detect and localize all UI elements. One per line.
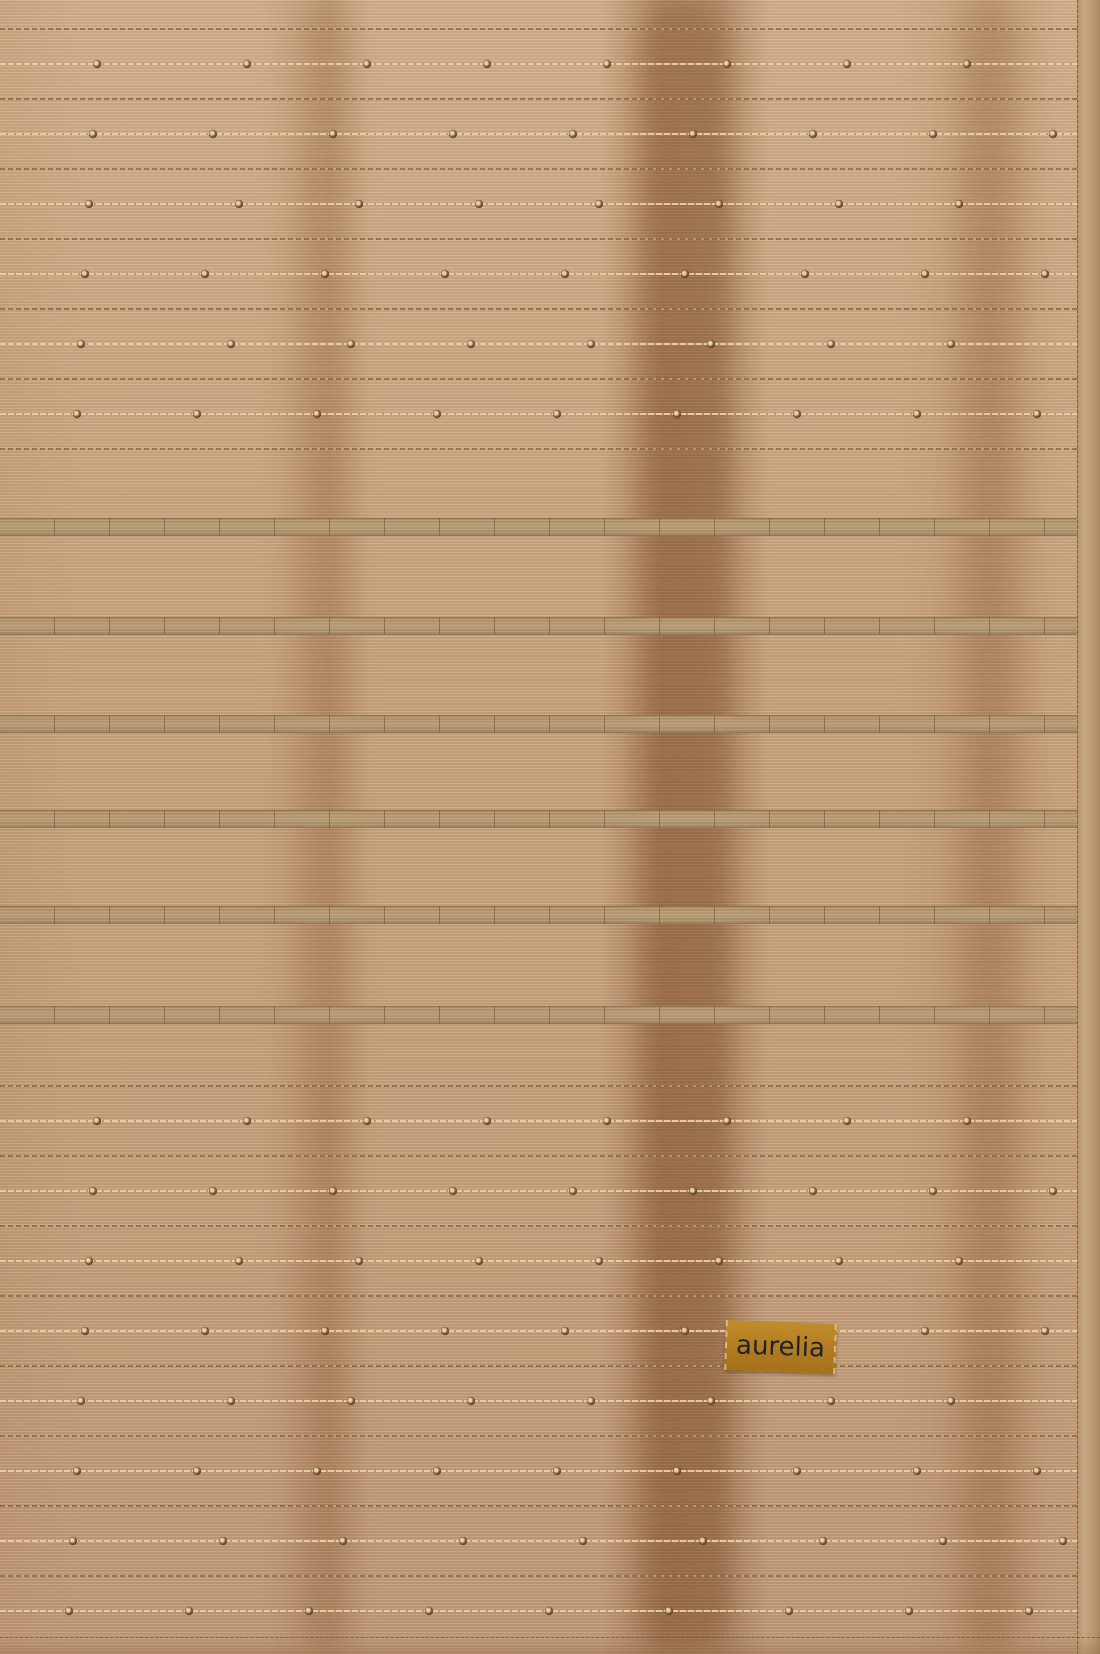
zari-stripe	[0, 617, 1082, 635]
sequin-dot	[201, 270, 209, 278]
sequin-dot	[561, 1327, 569, 1335]
sequin-dot	[85, 1257, 93, 1265]
sequin-dot	[433, 1467, 441, 1475]
sequin-dot	[603, 1117, 611, 1125]
sequin-dot	[219, 1537, 227, 1545]
sequin-dot	[227, 1397, 235, 1405]
sequin-dot	[963, 1117, 971, 1125]
sequin-dot	[467, 1397, 475, 1405]
sequin-dot	[1041, 270, 1049, 278]
thread-line	[0, 1120, 1080, 1122]
sequin-dot	[913, 1467, 921, 1475]
sequin-dot	[321, 270, 329, 278]
sequin-dot	[1025, 1607, 1033, 1615]
sequin-dot	[913, 410, 921, 418]
sequin-dot	[69, 1537, 77, 1545]
thread-line	[0, 1505, 1080, 1507]
sequin-dot	[209, 130, 217, 138]
sequin-dot	[313, 410, 321, 418]
sequin-dot	[243, 1117, 251, 1125]
sequin-dot	[723, 60, 731, 68]
sequin-dot	[425, 1607, 433, 1615]
zari-stripe	[0, 1006, 1082, 1024]
sequin-dot	[65, 1607, 73, 1615]
zari-stripe	[0, 715, 1082, 733]
sequin-dot	[193, 1467, 201, 1475]
sequin-dot	[185, 1607, 193, 1615]
sequin-dot	[809, 1187, 817, 1195]
thread-line	[0, 1260, 1080, 1262]
sequin-dot	[89, 130, 97, 138]
sequin-dot	[321, 1327, 329, 1335]
sequin-dot	[929, 1187, 937, 1195]
sequin-dot	[93, 60, 101, 68]
sequin-dot	[553, 1467, 561, 1475]
sequin-dot	[561, 270, 569, 278]
sequin-dot	[1033, 410, 1041, 418]
sequin-dot	[689, 1187, 697, 1195]
sequin-dot	[227, 340, 235, 348]
thread-line	[0, 98, 1080, 100]
sequin-dot	[1049, 1187, 1057, 1195]
sequin-dot	[587, 340, 595, 348]
thread-line	[0, 1610, 1080, 1612]
thread-line	[0, 308, 1080, 310]
sequin-dot	[603, 60, 611, 68]
thread-line	[0, 1190, 1080, 1192]
zari-stripe	[0, 906, 1082, 924]
sequin-dot	[921, 1327, 929, 1335]
sequin-dot	[921, 270, 929, 278]
sequin-dot	[235, 200, 243, 208]
sequin-dot	[905, 1607, 913, 1615]
sequin-dot	[449, 1187, 457, 1195]
sequin-dot	[715, 200, 723, 208]
thread-line	[0, 343, 1080, 345]
sequin-dot	[243, 60, 251, 68]
sequin-dot	[587, 1397, 595, 1405]
sequin-dot	[955, 1257, 963, 1265]
zari-stripe	[0, 518, 1082, 536]
sequin-dot	[595, 200, 603, 208]
sequin-dot	[459, 1537, 467, 1545]
brand-label-tag: aurelia	[724, 1320, 837, 1374]
sequin-dot	[665, 1607, 673, 1615]
thread-line	[0, 238, 1080, 240]
thread-line	[0, 1225, 1080, 1227]
sequin-dot	[93, 1117, 101, 1125]
thread-line	[0, 1435, 1080, 1437]
sequin-dot	[313, 1467, 321, 1475]
sequin-dot	[939, 1537, 947, 1545]
sequin-dot	[329, 1187, 337, 1195]
sequin-dot	[1059, 1537, 1067, 1545]
sequin-dot	[929, 130, 937, 138]
sequin-dot	[73, 1467, 81, 1475]
sequin-dot	[843, 1117, 851, 1125]
right-hem-edge	[1077, 0, 1100, 1654]
sequin-dot	[569, 130, 577, 138]
sequin-dot	[305, 1607, 313, 1615]
sequin-dot	[947, 1397, 955, 1405]
sequin-dot	[363, 60, 371, 68]
sequin-dot	[699, 1537, 707, 1545]
brand-label-text: aurelia	[736, 1330, 826, 1363]
sequin-dot	[681, 270, 689, 278]
sequin-dot	[355, 1257, 363, 1265]
sequin-dot	[835, 1257, 843, 1265]
sequin-dot	[475, 1257, 483, 1265]
sequin-dot	[835, 200, 843, 208]
thread-line	[0, 168, 1080, 170]
thread-line	[0, 203, 1080, 205]
thread-line	[0, 1400, 1080, 1402]
sequin-dot	[963, 60, 971, 68]
sequin-dot	[707, 1397, 715, 1405]
sequin-dot	[77, 1397, 85, 1405]
sequin-dot	[793, 1467, 801, 1475]
sequin-dot	[441, 270, 449, 278]
thread-line	[0, 1330, 1080, 1332]
sequin-dot	[329, 130, 337, 138]
thread-line	[0, 1155, 1080, 1157]
sequin-dot	[89, 1187, 97, 1195]
sequin-dot	[707, 340, 715, 348]
sequin-dot	[843, 60, 851, 68]
thread-line	[0, 133, 1080, 135]
sequin-dot	[449, 130, 457, 138]
thread-line	[0, 1575, 1080, 1577]
sequin-dot	[201, 1327, 209, 1335]
thread-line	[0, 448, 1080, 450]
sequin-dot	[81, 270, 89, 278]
sequin-dot	[545, 1607, 553, 1615]
sequin-dot	[673, 410, 681, 418]
sequin-dot	[73, 410, 81, 418]
sequin-dot	[569, 1187, 577, 1195]
thread-line	[0, 1365, 1080, 1367]
sequin-dot	[483, 60, 491, 68]
sequin-dot	[1041, 1327, 1049, 1335]
sequin-dot	[363, 1117, 371, 1125]
sequin-dot	[347, 1397, 355, 1405]
fabric-photo: aurelia	[0, 0, 1100, 1654]
sequin-dot	[809, 130, 817, 138]
sequin-dot	[715, 1257, 723, 1265]
sequin-dot	[723, 1117, 731, 1125]
sequin-dot	[553, 410, 561, 418]
zari-stripe	[0, 810, 1082, 828]
sequin-dot	[785, 1607, 793, 1615]
sequin-dot	[827, 1397, 835, 1405]
bottom-hem-edge	[0, 1637, 1100, 1654]
sequin-dot	[209, 1187, 217, 1195]
sequin-dot	[689, 130, 697, 138]
sequin-dot	[85, 200, 93, 208]
sequin-dot	[483, 1117, 491, 1125]
sequin-dot	[467, 340, 475, 348]
thread-line	[0, 378, 1080, 380]
thread-line	[0, 63, 1080, 65]
thread-line	[0, 28, 1080, 30]
thread-line	[0, 1085, 1080, 1087]
sequin-dot	[947, 340, 955, 348]
sequin-dot	[475, 200, 483, 208]
sequin-dot	[81, 1327, 89, 1335]
sequin-dot	[433, 410, 441, 418]
sequin-dot	[801, 270, 809, 278]
sequin-dot	[579, 1537, 587, 1545]
sequin-dot	[1049, 130, 1057, 138]
sequin-dot	[673, 1467, 681, 1475]
sequin-dot	[955, 200, 963, 208]
sequin-dot	[355, 200, 363, 208]
thread-line	[0, 1540, 1080, 1542]
sequin-dot	[193, 410, 201, 418]
sequin-dot	[441, 1327, 449, 1335]
sequin-dot	[595, 1257, 603, 1265]
thread-line	[0, 1295, 1080, 1297]
sequin-dot	[793, 410, 801, 418]
sequin-dot	[819, 1537, 827, 1545]
sequin-dot	[681, 1327, 689, 1335]
sequin-dot	[347, 340, 355, 348]
thread-line	[0, 273, 1080, 275]
sequin-dot	[339, 1537, 347, 1545]
sequin-dot	[827, 340, 835, 348]
sequin-dot	[235, 1257, 243, 1265]
sequin-dot	[1033, 1467, 1041, 1475]
sequin-dot	[77, 340, 85, 348]
